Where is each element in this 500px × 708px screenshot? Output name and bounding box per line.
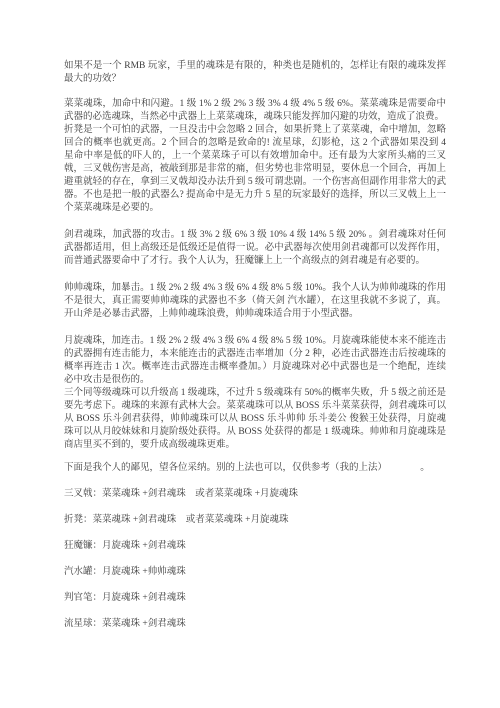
paragraph-upgrade-sources: 三个同等级魂珠可以升级高 1 级魂珠，不过升 5 级魂珠有 50%的概率失败，升… bbox=[64, 387, 446, 452]
loadout-soda-can: 汽水罐：月旋魂珠 +帅帅魂珠 bbox=[64, 566, 446, 579]
loadout-judge-pen: 判官笔：月旋魂珠 +剑君魂珠 bbox=[64, 592, 446, 605]
loadout-meteor-ball: 流星球：菜菜魂珠 +剑君魂珠 bbox=[64, 618, 446, 631]
paragraph-yuexuan-bead: 月旋魂珠，加连击。1 级 2% 2 级 4% 3 级 6% 4 级 8% 5 级… bbox=[64, 335, 446, 387]
document-page: 如果不是一个 RMB 玩家，手里的魂珠是有限的，种类也是随机的，怎样让有限的魂珠… bbox=[0, 0, 500, 708]
paragraph-shuaishuai-bead: 帅帅魂珠，加暴击。1 级 2% 2 级 4% 3 级 6% 4 级 8% 5 级… bbox=[64, 282, 446, 321]
loadout-trident: 三叉戟：菜菜魂珠 +剑君魂珠 或者菜菜魂珠 +月旋魂珠 bbox=[64, 488, 446, 501]
loadout-mad-demon-scythe: 狂魔镰：月旋魂珠 +剑君魂珠 bbox=[64, 540, 446, 553]
paragraph-intro: 如果不是一个 RMB 玩家，手里的魂珠是有限的，种类也是随机的，怎样让有限的魂珠… bbox=[64, 60, 446, 86]
paragraph-caicai-bead: 菜菜魂珠，加命中和闪避。1 级 1% 2 级 2% 3 级 3% 4 级 4% … bbox=[64, 98, 446, 124]
paragraph-personal-advice: 下面是我个人的鄙见，望各位采纳。别的上法也可以，仅供参考（我的上法） 。 bbox=[64, 462, 446, 475]
loadout-folding-stool: 折凳：菜菜魂珠 +剑君魂珠 或者菜菜魂珠 +月旋魂珠 bbox=[64, 514, 446, 527]
loadout-list: 三叉戟：菜菜魂珠 +剑君魂珠 或者菜菜魂珠 +月旋魂珠 折凳：菜菜魂珠 +剑君魂… bbox=[64, 488, 446, 631]
paragraph-hit-weapons-analysis: 折凳是一个可怕的武器，一旦没击中会忽略 2 回合，如果折凳上了菜菜魂，命中增加，… bbox=[64, 124, 446, 215]
paragraph-jianjun-bead: 剑君魂珠，加武器的攻击。1 级 3% 2 级 6% 3 级 10% 4 级 14… bbox=[64, 229, 446, 268]
